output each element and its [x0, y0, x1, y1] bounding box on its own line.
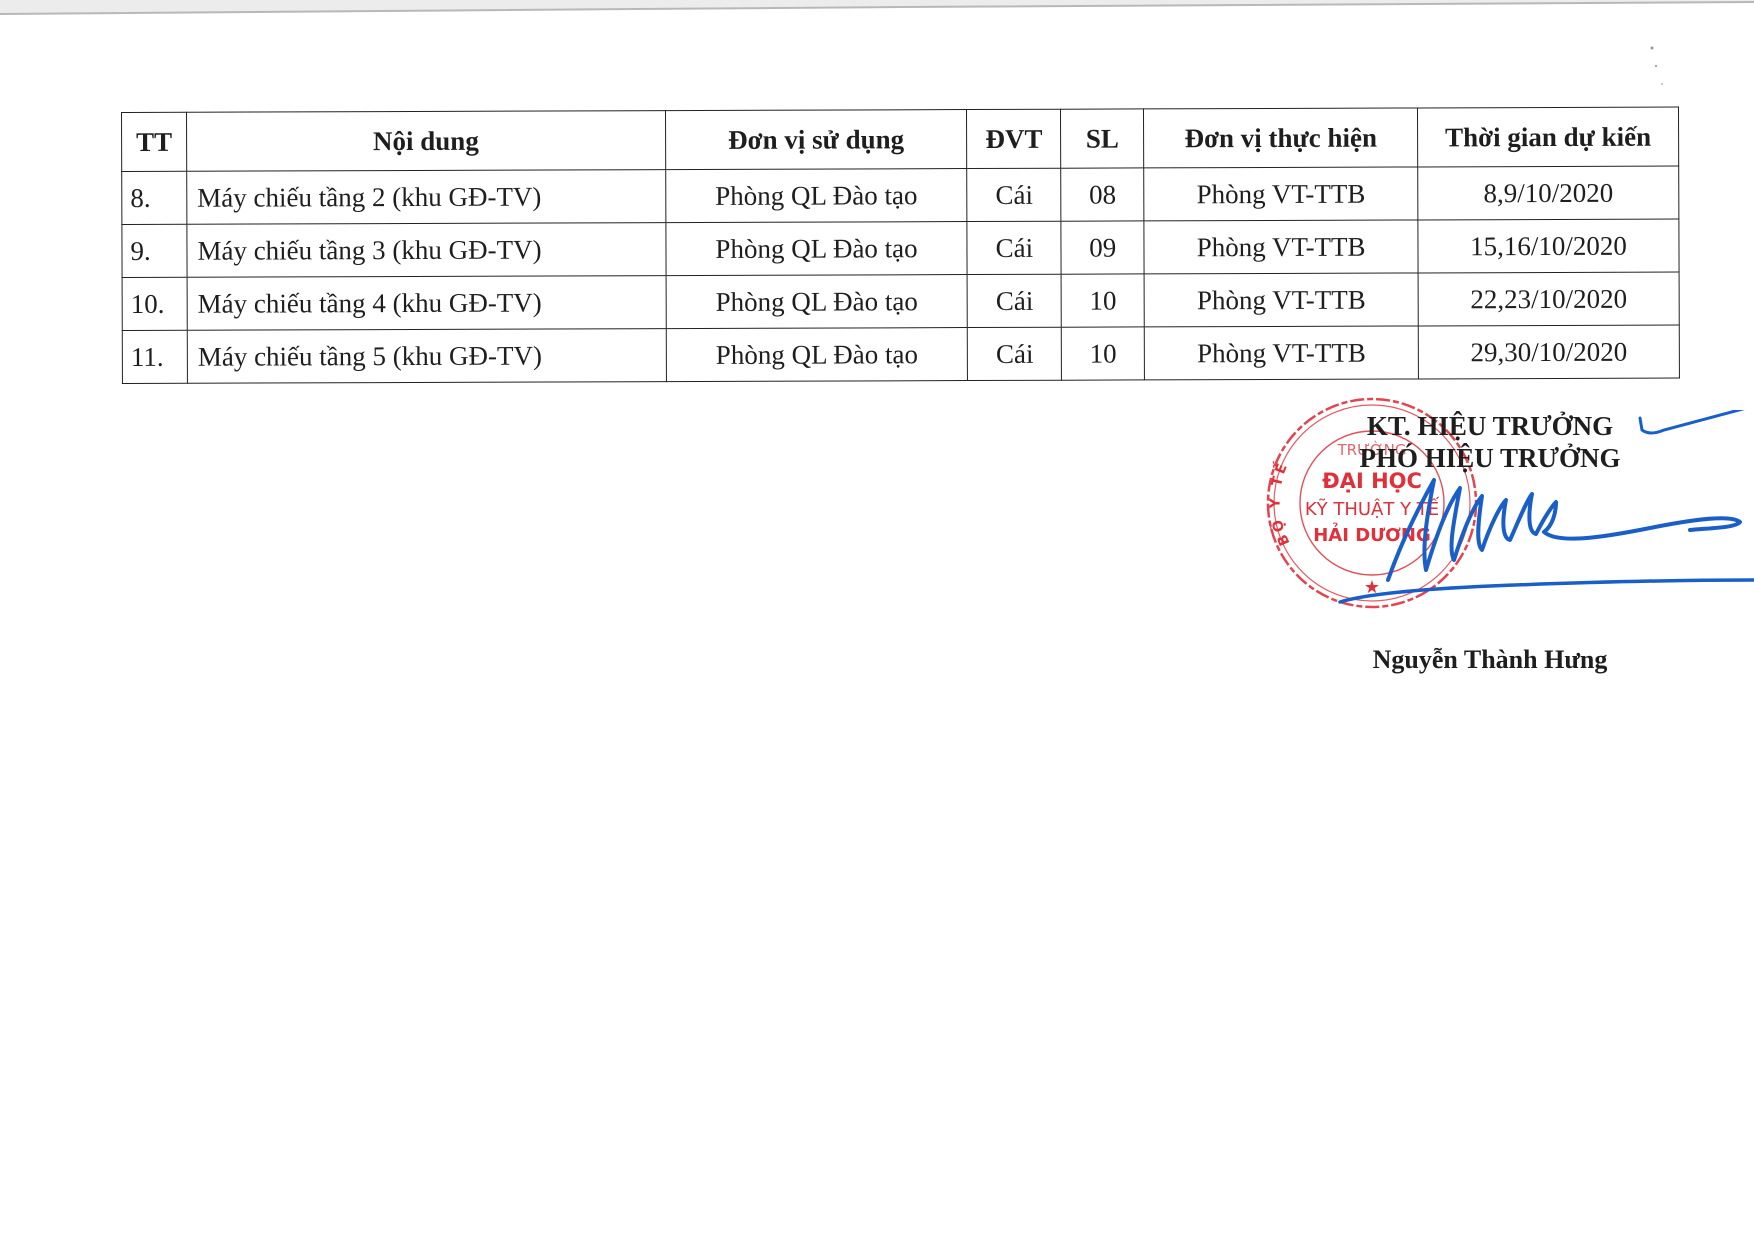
cell-content: Máy chiếu tầng 3 (khu GĐ-TV): [187, 223, 666, 278]
table-row: 10. Máy chiếu tầng 4 (khu GĐ-TV) Phòng Q…: [122, 272, 1679, 330]
cell-sl: 09: [1061, 221, 1144, 274]
header-dvt: ĐVT: [967, 109, 1061, 168]
cell-executor: Phòng VT-TTB: [1145, 326, 1419, 380]
cell-executor: Phòng VT-TTB: [1144, 273, 1418, 327]
header-expected-time: Thời gian dự kiến: [1418, 107, 1679, 167]
header-executor: Đơn vị thực hiện: [1144, 108, 1418, 168]
cell-dvt: Cái: [968, 327, 1062, 380]
scan-edge-shadow: [0, 0, 1754, 18]
cell-sl: 10: [1061, 274, 1144, 327]
cell-tt: 11.: [122, 330, 187, 383]
handwritten-signature: [1330, 410, 1754, 620]
cell-using-unit: Phòng QL Đào tạo: [665, 169, 967, 223]
cell-content: Máy chiếu tầng 4 (khu GĐ-TV): [187, 276, 666, 331]
cell-sl: 08: [1061, 168, 1144, 221]
cell-using-unit: Phòng QL Đào tạo: [666, 222, 968, 276]
cell-content: Máy chiếu tầng 2 (khu GĐ-TV): [187, 170, 666, 225]
cell-using-unit: Phòng QL Đào tạo: [666, 275, 968, 329]
table-row: 11. Máy chiếu tầng 5 (khu GĐ-TV) Phòng Q…: [122, 325, 1679, 383]
cell-tt: 9.: [122, 224, 187, 277]
svg-text:BỘ Y TẾ: BỘ Y TẾ: [1267, 458, 1293, 548]
cell-expected-time: 22,23/10/2020: [1418, 272, 1679, 326]
cell-tt: 10.: [122, 277, 187, 330]
cell-expected-time: 8,9/10/2020: [1418, 166, 1679, 220]
header-content: Nội dung: [186, 111, 665, 172]
signer-name: Nguyễn Thành Hưng: [1300, 645, 1680, 675]
equipment-schedule-table: TT Nội dung Đơn vị sử dụng ĐVT SL Đơn vị…: [121, 107, 1680, 384]
table-row: 9. Máy chiếu tầng 3 (khu GĐ-TV) Phòng QL…: [122, 219, 1679, 277]
cell-dvt: Cái: [968, 274, 1062, 327]
cell-using-unit: Phòng QL Đào tạo: [666, 328, 968, 382]
scan-specks: [1640, 40, 1680, 100]
cell-executor: Phòng VT-TTB: [1144, 220, 1418, 274]
cell-dvt: Cái: [967, 221, 1061, 274]
cell-expected-time: 29,30/10/2020: [1418, 325, 1679, 379]
table-header-row: TT Nội dung Đơn vị sử dụng ĐVT SL Đơn vị…: [122, 107, 1679, 171]
cell-expected-time: 15,16/10/2020: [1418, 219, 1679, 273]
stamp-ring-text: BỘ Y TẾ: [1267, 458, 1293, 548]
header-tt: TT: [122, 112, 187, 171]
cell-dvt: Cái: [967, 168, 1061, 221]
header-using-unit: Đơn vị sử dụng: [665, 110, 967, 170]
cell-sl: 10: [1062, 327, 1145, 380]
table-row: 8. Máy chiếu tầng 2 (khu GĐ-TV) Phòng QL…: [122, 166, 1679, 224]
cell-content: Máy chiếu tầng 5 (khu GĐ-TV): [187, 329, 666, 384]
header-sl: SL: [1061, 109, 1144, 168]
cell-tt: 8.: [122, 171, 187, 224]
cell-executor: Phòng VT-TTB: [1144, 167, 1418, 221]
